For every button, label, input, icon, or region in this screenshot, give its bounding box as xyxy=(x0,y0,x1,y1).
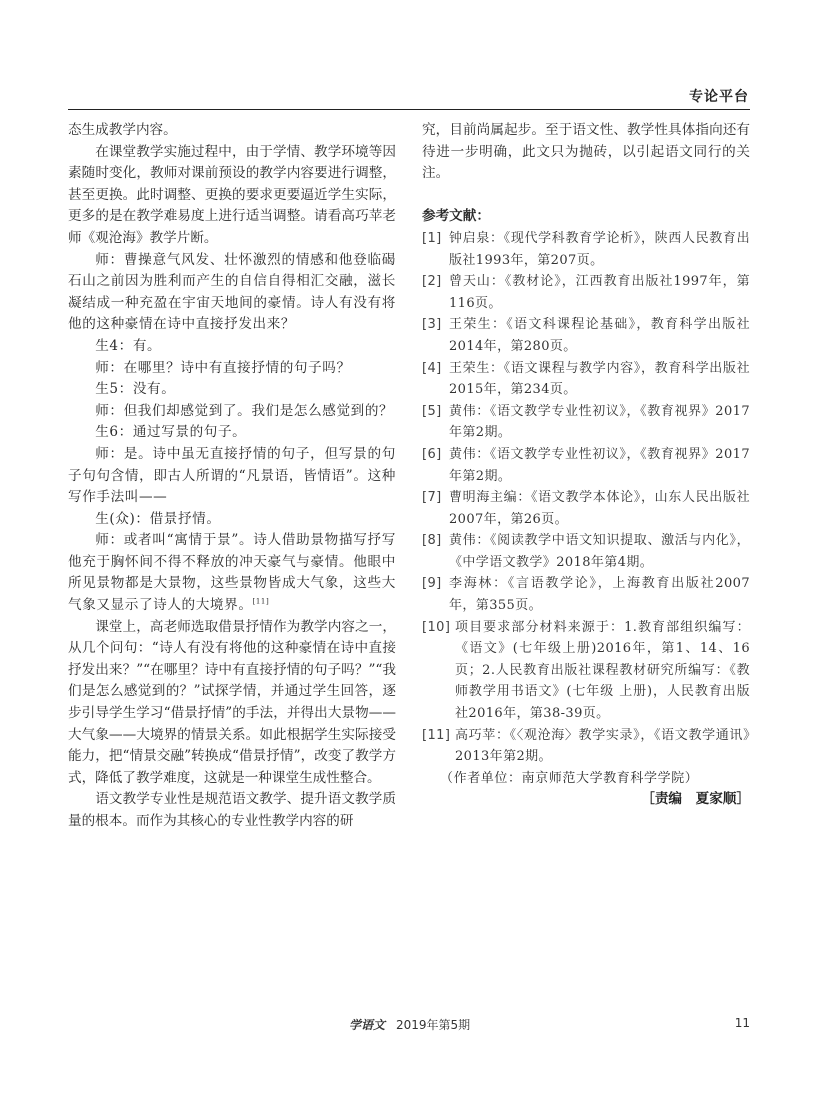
reference-item: [2]曾天山：《教材论》，江西教育出版社1997年，第116页。 xyxy=(422,271,750,314)
reference-number: [6] xyxy=(422,444,449,487)
reference-text: 钟启泉：《现代学科教育学论析》，陕西人民教育出版社1993年，第207页。 xyxy=(449,228,750,271)
dialog-line: 师：是。诗中虽无直接抒情的句子，但写景的句子句句含情，即古人所谓的“凡景语，皆情… xyxy=(68,444,396,509)
header-rule xyxy=(68,109,750,110)
paragraph: 语文教学专业性是规范语文教学、提升语文教学质量的根本。而作为其核心的专业性教学内… xyxy=(68,789,396,832)
reference-number: [1] xyxy=(422,228,449,271)
reference-item: [10]项目要求部分材料来源于：1.教育部组织编写：《语文》(七年级上册)201… xyxy=(422,617,750,725)
reference-text: 黄伟：《阅读教学中语文知识提取、激活与内化》，《中学语文教学》2018年第4期。 xyxy=(449,530,750,573)
page-number: 11 xyxy=(735,1016,750,1030)
dialog-line: 师：在哪里？诗中有直接抒情的句子吗？ xyxy=(68,358,396,380)
right-column: 究，目前尚属起步。至于语文性、教学性具体指向还有待进一步明确，此文只为抛砖，以引… xyxy=(422,120,750,811)
reference-text: 项目要求部分材料来源于：1.教育部组织编写：《语文》(七年级上册)2016年，第… xyxy=(455,617,750,725)
reference-text: 王荣生：《语文课程与教学内容》，教育科学出版社2015年，第234页。 xyxy=(449,358,750,401)
reference-item: [9]李海林：《言语教学论》，上海教育出版社2007年，第355页。 xyxy=(422,573,750,616)
reference-text: 高巧苹：《〈观沧海〉教学实录》，《语文教学通讯》2013年第2期。 xyxy=(455,725,750,768)
dialog-line: 师：但我们却感觉到了。我们是怎么感觉到的？ xyxy=(68,401,396,423)
author-affiliation: （作者单位：南京师范大学教育科学学院） xyxy=(422,768,750,790)
dialog-line: 师：或者叫“寓情于景”。诗人借助景物描写抒写他充于胸怀间不得不释放的冲天豪气与豪… xyxy=(68,530,396,616)
dialog-line: 生5：没有。 xyxy=(68,379,396,401)
dialog-line: 师：曹操意气风发、壮怀激烈的情感和他登临碣石山之前因为胜利而产生的自信自得相汇交… xyxy=(68,250,396,336)
reference-item: [1]钟启泉：《现代学科教育学论析》，陕西人民教育出版社1993年，第207页。 xyxy=(422,228,750,271)
paragraph: 在课堂教学实施过程中，由于学情、教学环境等因素随时变化，教师对课前预设的教学内容… xyxy=(68,142,396,250)
reference-number: [2] xyxy=(422,271,449,314)
issue-label: 2019年第5期 xyxy=(396,1016,470,1033)
reference-text: 黄伟：《语文教学专业性初议》，《教育视界》2017年第2期。 xyxy=(449,444,750,487)
dialog-line: 生(众)：借景抒情。 xyxy=(68,509,396,531)
editor-credit: ［责编 夏家顺］ xyxy=(422,789,750,811)
reference-number: [8] xyxy=(422,530,449,573)
citation-link[interactable]: [11] xyxy=(253,598,270,606)
reference-text: 曾天山：《教材论》，江西教育出版社1997年，第116页。 xyxy=(449,271,750,314)
references-list: [1]钟启泉：《现代学科教育学论析》，陕西人民教育出版社1993年，第207页。… xyxy=(422,228,750,768)
reference-number: [11] xyxy=(422,725,455,768)
left-column: 态生成教学内容。 在课堂教学实施过程中，由于学情、教学环境等因素随时变化，教师对… xyxy=(68,120,396,833)
reference-item: [11]高巧苹：《〈观沧海〉教学实录》，《语文教学通讯》2013年第2期。 xyxy=(422,725,750,768)
reference-text: 黄伟：《语文教学专业性初议》，《教育视界》2017年第2期。 xyxy=(449,401,750,444)
reference-item: [5]黄伟：《语文教学专业性初议》，《教育视界》2017年第2期。 xyxy=(422,401,750,444)
reference-number: [3] xyxy=(422,314,449,357)
journal-name: 学语文 xyxy=(349,1016,385,1033)
section-title: 专论平台 xyxy=(689,86,749,106)
dialog-line: 生4：有。 xyxy=(68,336,396,358)
dialog-line: 生6：通过写景的句子。 xyxy=(68,422,396,444)
reference-item: [4]王荣生：《语文课程与教学内容》，教育科学出版社2015年，第234页。 xyxy=(422,358,750,401)
paragraph-continuation: 究，目前尚属起步。至于语文性、教学性具体指向还有待进一步明确，此文只为抛砖，以引… xyxy=(422,120,750,185)
reference-number: [9] xyxy=(422,573,449,616)
paragraph: 课堂上，高老师选取借景抒情作为教学内容之一，从几个问句：“诗人有没有将他的这种豪… xyxy=(68,617,396,790)
reference-text: 李海林：《言语教学论》，上海教育出版社2007年，第355页。 xyxy=(449,573,750,616)
references-heading: 参考文献： xyxy=(422,206,750,228)
reference-number: [10] xyxy=(422,617,455,725)
dialog-text: 师：或者叫“寓情于景”。诗人借助景物描写抒写他充于胸怀间不得不释放的冲天豪气与豪… xyxy=(68,532,396,613)
reference-number: [5] xyxy=(422,401,449,444)
reference-item: [6]黄伟：《语文教学专业性初议》，《教育视界》2017年第2期。 xyxy=(422,444,750,487)
reference-text: 王荣生：《语文科课程论基础》，教育科学出版社2014年，第280页。 xyxy=(449,314,750,357)
reference-item: [7]曹明海主编：《语文教学本体论》，山东人民出版社2007年，第26页。 xyxy=(422,487,750,530)
reference-number: [4] xyxy=(422,358,449,401)
paragraph: 态生成教学内容。 xyxy=(68,120,396,142)
reference-item: [3]王荣生：《语文科课程论基础》，教育科学出版社2014年，第280页。 xyxy=(422,314,750,357)
reference-number: [7] xyxy=(422,487,449,530)
reference-text: 曹明海主编：《语文教学本体论》，山东人民出版社2007年，第26页。 xyxy=(449,487,750,530)
reference-item: [8]黄伟：《阅读教学中语文知识提取、激活与内化》，《中学语文教学》2018年第… xyxy=(422,530,750,573)
